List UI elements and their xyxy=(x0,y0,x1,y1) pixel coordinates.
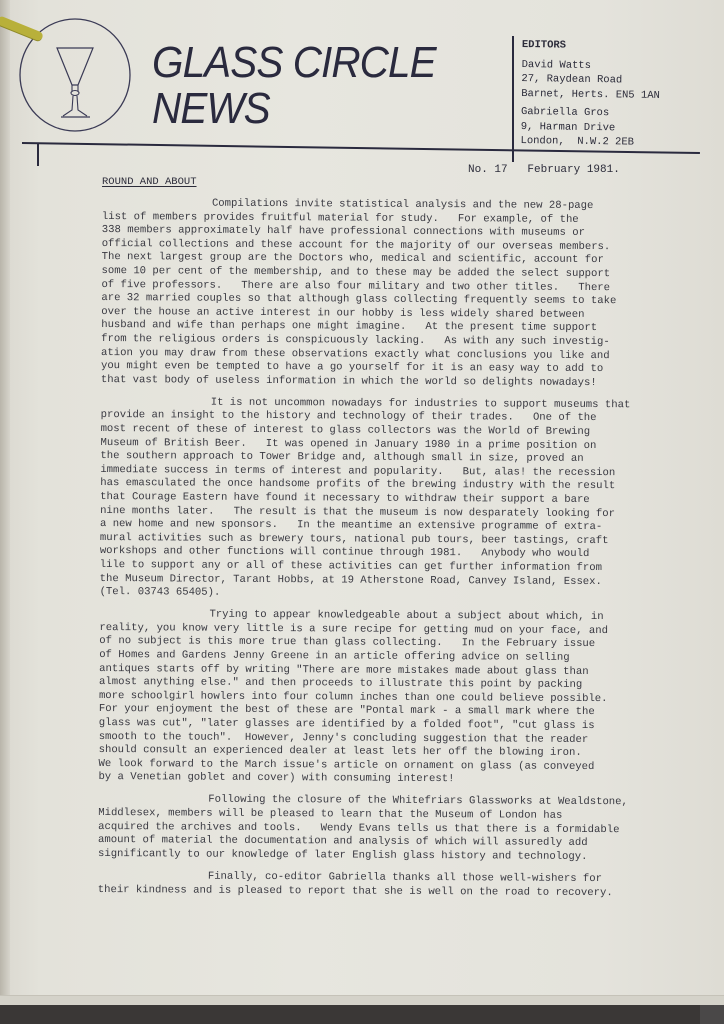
page-binding-shadow xyxy=(0,0,10,1004)
article-body: Compilations invite statistical analysis… xyxy=(98,197,702,909)
paragraph-line: significantly to our knowledge of later … xyxy=(98,848,698,865)
section-title: ROUND AND ABOUT xyxy=(102,176,197,188)
issue-number: No. 17 xyxy=(468,164,508,176)
masthead-title-line2: NEWS xyxy=(152,86,436,132)
paragraph-line: that vast body of useless information in… xyxy=(101,374,701,391)
article-paragraph: Trying to appear knowledgeable about a s… xyxy=(98,608,699,788)
article-paragraph: Compilations invite statistical analysis… xyxy=(101,197,702,391)
editor2-name: Gabriella Gros xyxy=(521,105,660,121)
paragraph-line: by a Venetian goblet and cover) with con… xyxy=(98,771,698,788)
masthead-rule-tick xyxy=(37,144,39,166)
editor2-address-line2: London, N.W.2 2EB xyxy=(520,134,659,150)
masthead-title-line1: GLASS CIRCLE xyxy=(152,40,436,86)
article-paragraph: Following the closure of the Whitefriars… xyxy=(98,793,698,865)
editor1-address-line1: 27, Raydean Road xyxy=(521,72,660,88)
page-bottom-edge xyxy=(0,995,724,1005)
paragraph-line: their kindness and is pleased to report … xyxy=(98,883,698,900)
newsletter-page: GLASS CIRCLE NEWS EDITORS David Watts 27… xyxy=(0,0,724,1004)
editors-divider xyxy=(512,36,514,162)
masthead-title: GLASS CIRCLE NEWS xyxy=(152,40,436,132)
paragraph-line: (Tel. 03743 65405). xyxy=(100,586,700,603)
editors-heading: EDITORS xyxy=(522,38,661,54)
editor1-address-line2: Barnet, Herts. EN5 1AN xyxy=(521,86,660,102)
article-paragraph: It is not uncommon nowadays for industri… xyxy=(100,396,701,604)
editors-block: EDITORS David Watts 27, Raydean Road Bar… xyxy=(520,38,660,150)
article-paragraph: Finally, co-editor Gabriella thanks all … xyxy=(98,870,698,901)
issue-info: No. 17 February 1981. xyxy=(468,164,620,176)
issue-date: February 1981. xyxy=(527,164,619,176)
